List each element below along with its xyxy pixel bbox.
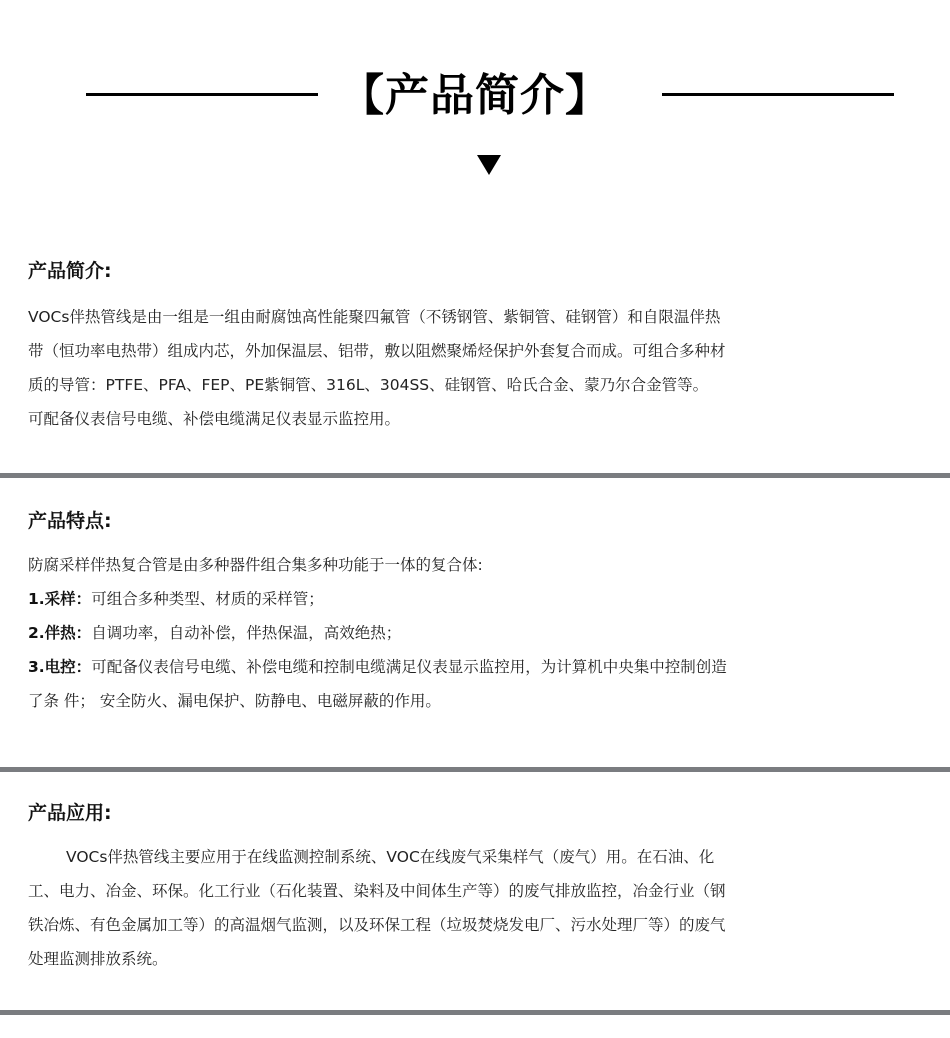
hero-right-rule: [662, 93, 894, 96]
applications-line: 铁冶炼、有色金属加工等）的高温烟气监测，以及环保工程（垃圾焚烧发电厂、污水处理厂…: [28, 908, 946, 942]
intro-line: 带（恒功率电热带）组成内芯，外加保温层、铝带，敷以阻燃聚烯烃保护外套复合而成。可…: [28, 334, 946, 368]
feature-continuation: 了条 件； 安全防火、漏电保护、防静电、电磁屏蔽的作用。: [28, 684, 946, 718]
section-body-intro: VOCs伴热管线是由一组是一组由耐腐蚀高性能聚四氟管（不锈钢管、紫铜管、硅钢管）…: [28, 300, 946, 436]
section-divider: [0, 1010, 950, 1015]
applications-line: VOCs伴热管线主要应用于在线监测控制系统、VOC在线废气采集样气（废气）用。在…: [28, 840, 946, 874]
page-title: 【产品简介】: [0, 68, 950, 124]
section-heading-intro: 产品简介:: [28, 258, 112, 284]
section-body-features: 防腐采样伴热复合管是由多种器件组合集多种功能于一体的复合体: 1.采样：可组合多…: [28, 548, 946, 718]
section-heading-applications: 产品应用:: [28, 800, 112, 826]
section-divider: [0, 767, 950, 772]
feature-text: 可配备仪表信号电缆、补偿电缆和控制电缆满足仪表显示监控用，为计算机中央集中控制创…: [91, 658, 727, 676]
down-triangle-icon: [477, 155, 501, 175]
features-intro: 防腐采样伴热复合管是由多种器件组合集多种功能于一体的复合体:: [28, 548, 946, 582]
feature-text: 自调功率，自动补偿，伴热保温，高效绝热；: [91, 624, 401, 642]
feature-item: 3.电控：可配备仪表信号电缆、补偿电缆和控制电缆满足仪表显示监控用，为计算机中央…: [28, 650, 946, 684]
feature-label: 3.电控：: [28, 658, 91, 676]
feature-item: 1.采样：可组合多种类型、材质的采样管；: [28, 582, 946, 616]
feature-label: 1.采样：: [28, 590, 91, 608]
applications-line: 工、电力、冶金、环保。化工行业（石化装置、染料及中间体生产等）的废气排放监控，冶…: [28, 874, 946, 908]
section-body-applications: VOCs伴热管线主要应用于在线监测控制系统、VOC在线废气采集样气（废气）用。在…: [28, 840, 946, 976]
feature-label: 2.伴热：: [28, 624, 91, 642]
applications-line: 处理监测排放系统。: [28, 942, 946, 976]
section-heading-features: 产品特点:: [28, 508, 112, 534]
feature-text: 可组合多种类型、材质的采样管；: [91, 590, 324, 608]
intro-line: VOCs伴热管线是由一组是一组由耐腐蚀高性能聚四氟管（不锈钢管、紫铜管、硅钢管）…: [28, 300, 946, 334]
intro-line: 可配备仪表信号电缆、补偿电缆满足仪表显示监控用。: [28, 402, 946, 436]
intro-line: 质的导管：PTFE、PFA、FEP、PE紫铜管、316L、304SS、硅钢管、哈…: [28, 368, 946, 402]
section-divider: [0, 473, 950, 478]
hero-banner: 【产品简介】: [0, 0, 950, 200]
feature-item: 2.伴热：自调功率，自动补偿，伴热保温，高效绝热；: [28, 616, 946, 650]
